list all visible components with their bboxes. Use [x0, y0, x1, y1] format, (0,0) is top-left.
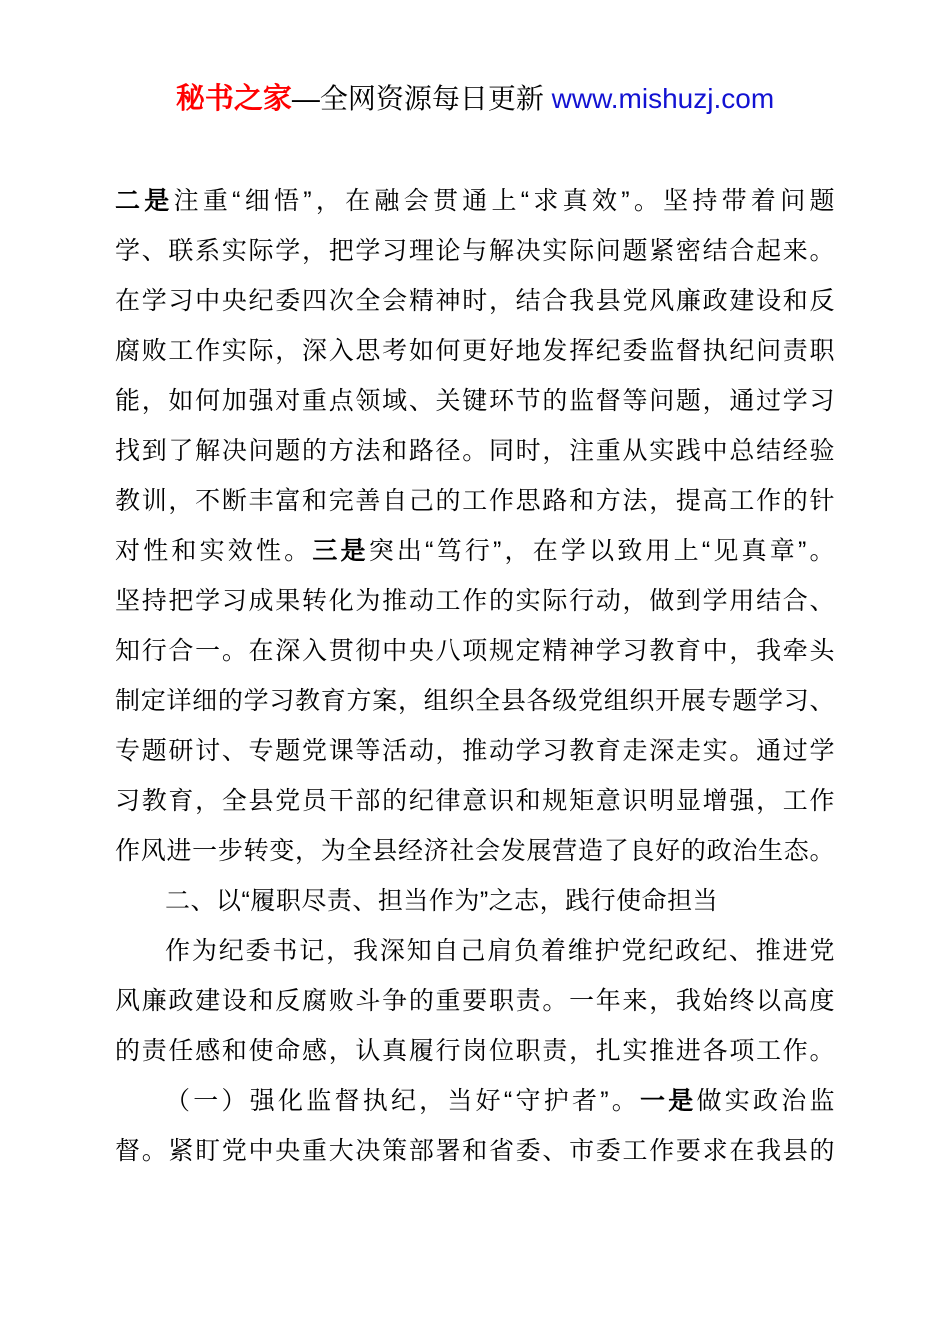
- text-run: 习教育，全县党员干部的纪律意识和规矩意识明显增强，工作: [115, 787, 835, 815]
- text-run: 做实政治监: [697, 1087, 835, 1115]
- text-line: 的责任感和使命感，认真履行岗位职责，扎实推进各项工作。: [115, 1026, 835, 1076]
- text-line: 作风进一步转变，为全县经济社会发展营造了良好的政治生态。: [115, 826, 835, 876]
- text-run: 突出“笃行”，在学以致用上“见真章”。: [369, 537, 835, 565]
- text-line: 制定详细的学习教育方案，组织全县各级党组织开展专题学习、: [115, 676, 835, 726]
- text-line: 坚持把学习成果转化为推动工作的实际行动，做到学用结合、: [115, 576, 835, 626]
- document-body: 二是注重“细悟”，在融会贯通上“求真效”。坚持带着问题学、联系实际学，把学习理论…: [115, 176, 835, 1176]
- text-run: 作为纪委书记，我深知自己肩负着维护党纪政纪、推进党: [165, 937, 835, 965]
- text-line: 在学习中央纪委四次全会精神时，结合我县党风廉政建设和反: [115, 276, 835, 326]
- text-line: 专题研讨、专题党课等活动，推动学习教育走深走实。通过学: [115, 726, 835, 776]
- text-line: 二是注重“细悟”，在融会贯通上“求真效”。坚持带着问题: [115, 176, 835, 226]
- text-line: 习教育，全县党员干部的纪律意识和规矩意识明显增强，工作: [115, 776, 835, 826]
- text-run: 腐败工作实际，深入思考如何更好地发挥纪委监督执纪问责职: [115, 337, 835, 365]
- text-line: 能，如何加强对重点领域、关键环节的监督等问题，通过学习: [115, 376, 835, 426]
- text-line: 教训，不断丰富和完善自己的工作思路和方法，提高工作的针: [115, 476, 835, 526]
- site-url-link[interactable]: www.mishuzj.com: [552, 83, 774, 114]
- site-header: 秘书之家—全网资源每日更新 www.mishuzj.com: [0, 0, 950, 116]
- text-run: 二、以“履职尽责、担当作为”之志，践行使命担当: [165, 887, 718, 915]
- text-line: 二、以“履职尽责、担当作为”之志，践行使命担当: [115, 876, 835, 926]
- text-line: 对性和实效性。三是突出“笃行”，在学以致用上“见真章”。: [115, 526, 835, 576]
- text-run: 找到了解决问题的方法和路径。同时，注重从实践中总结经验: [115, 437, 835, 465]
- text-run: 督。紧盯党中央重大决策部署和省委、市委工作要求在我县的: [115, 1137, 835, 1165]
- text-run: 能，如何加强对重点领域、关键环节的监督等问题，通过学习: [115, 387, 835, 415]
- text-run: （一）强化监督执纪，当好“守护者”。: [165, 1087, 640, 1115]
- bold-text-run: 二是: [115, 187, 174, 215]
- text-run: 教训，不断丰富和完善自己的工作思路和方法，提高工作的针: [115, 487, 835, 515]
- text-line: 找到了解决问题的方法和路径。同时，注重从实践中总结经验: [115, 426, 835, 476]
- text-run: 的责任感和使命感，认真履行岗位职责，扎实推进各项工作。: [115, 1037, 835, 1065]
- text-run: 对性和实效性。: [115, 537, 312, 565]
- text-line: 风廉政建设和反腐败斗争的重要职责。一年来，我始终以高度: [115, 976, 835, 1026]
- text-run: 风廉政建设和反腐败斗争的重要职责。一年来，我始终以高度: [115, 987, 835, 1015]
- text-line: 作为纪委书记，我深知自己肩负着维护党纪政纪、推进党: [115, 926, 835, 976]
- text-line: 学、联系实际学，把学习理论与解决实际问题紧密结合起来。: [115, 226, 835, 276]
- text-run: 作风进一步转变，为全县经济社会发展营造了良好的政治生态。: [115, 837, 835, 865]
- text-line: （一）强化监督执纪，当好“守护者”。一是做实政治监: [115, 1076, 835, 1126]
- site-brand: 秘书之家: [176, 83, 292, 115]
- text-run: 注重“细悟”，在融会贯通上“求真效”。坚持带着问题: [174, 187, 835, 215]
- text-line: 知行合一。在深入贯彻中央八项规定精神学习教育中，我牵头: [115, 626, 835, 676]
- text-run: 坚持把学习成果转化为推动工作的实际行动，做到学用结合、: [115, 587, 835, 615]
- bold-text-run: 一是: [640, 1087, 697, 1115]
- text-line: 腐败工作实际，深入思考如何更好地发挥纪委监督执纪问责职: [115, 326, 835, 376]
- text-line: 督。紧盯党中央重大决策部署和省委、市委工作要求在我县的: [115, 1126, 835, 1176]
- text-run: 在学习中央纪委四次全会精神时，结合我县党风廉政建设和反: [115, 287, 835, 315]
- bold-text-run: 三是: [312, 537, 368, 565]
- document-page: 秘书之家—全网资源每日更新 www.mishuzj.com 二是注重“细悟”，在…: [0, 0, 950, 1344]
- text-run: 制定详细的学习教育方案，组织全县各级党组织开展专题学习、: [115, 687, 835, 715]
- text-run: 学、联系实际学，把学习理论与解决实际问题紧密结合起来。: [115, 237, 835, 265]
- site-tagline: —全网资源每日更新: [292, 83, 552, 114]
- text-run: 知行合一。在深入贯彻中央八项规定精神学习教育中，我牵头: [115, 637, 835, 665]
- text-run: 专题研讨、专题党课等活动，推动学习教育走深走实。通过学: [115, 737, 835, 765]
